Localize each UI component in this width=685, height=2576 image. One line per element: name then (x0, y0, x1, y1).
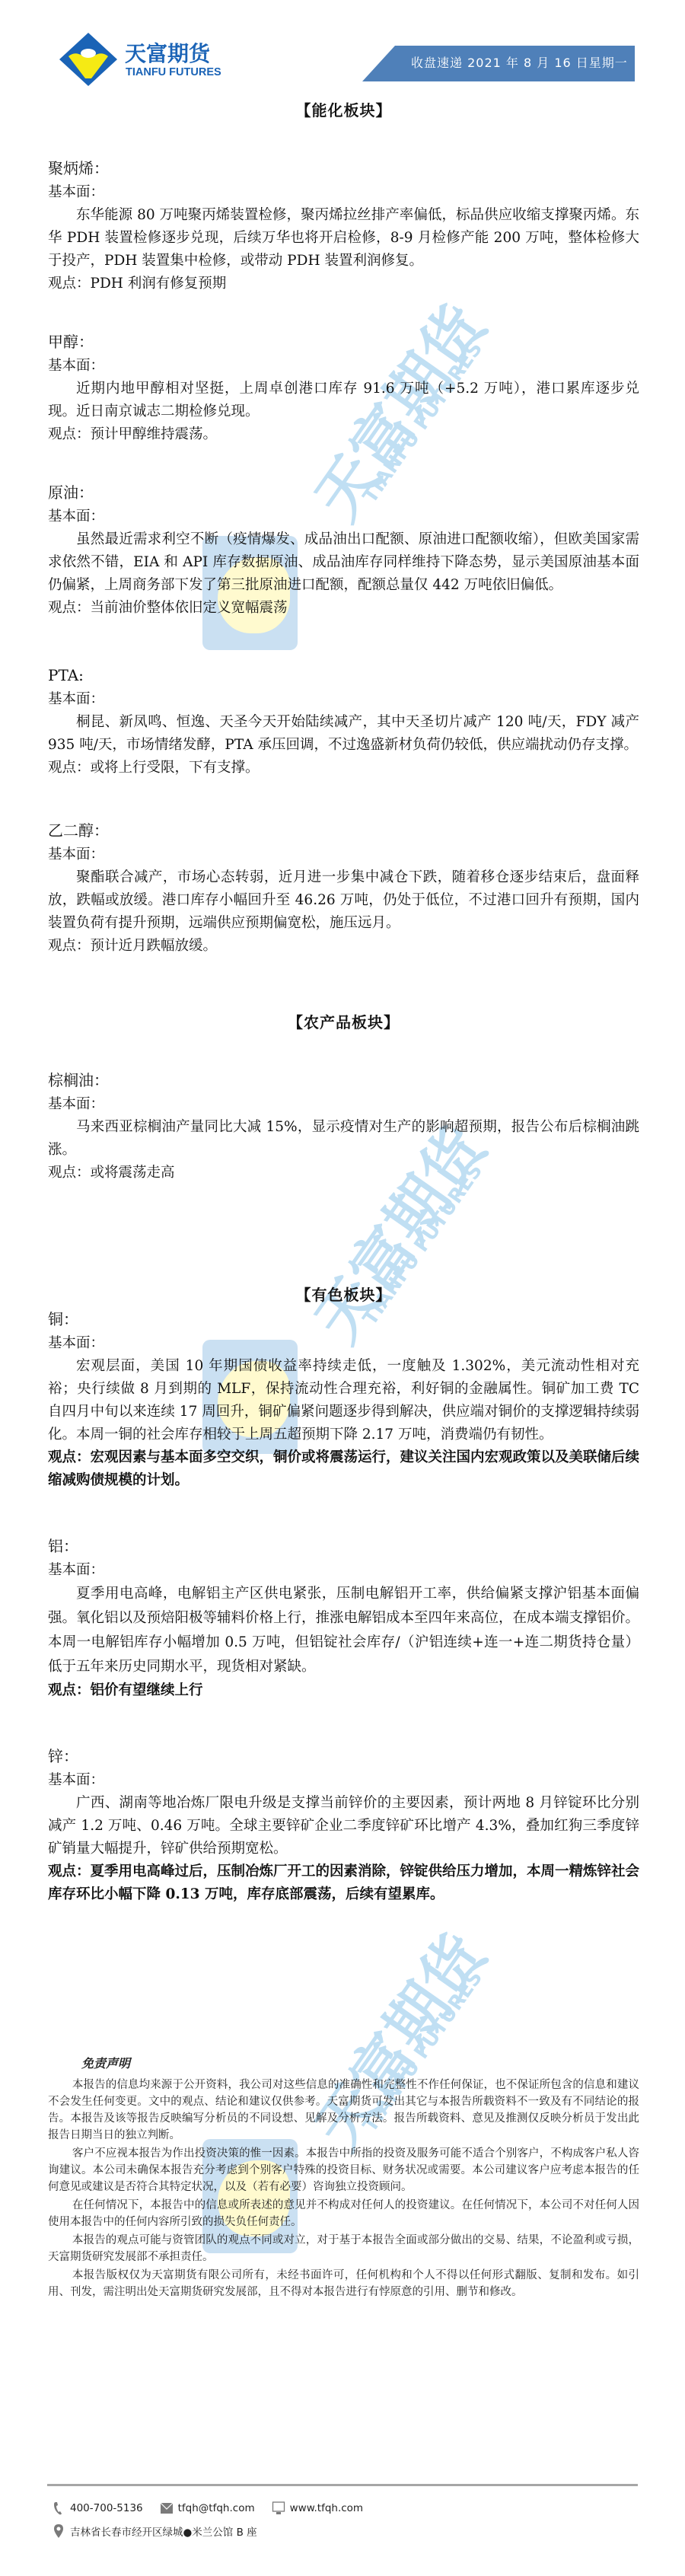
outlook-text: 观点：当前油价整体依旧定义宽幅震荡 (48, 597, 639, 620)
fundamentals-label: 基本面： (48, 181, 639, 204)
item-aluminum: 铝： 基本面： 夏季用电高峰，电解铝主产区供电紧张，压制电解铝开工率，供给偏紧支… (48, 1533, 639, 1702)
item-name: 乙二醇： (48, 818, 639, 843)
disclaimer-paragraph: 本报告的观点可能与资管团队的观点不同或对立，对于基于本报告全面或部分做出的交易、… (48, 2232, 639, 2265)
outlook-text: 观点：夏季用电高峰过后，压制冶炼厂开工的因素消除，锌锭供给压力增加，本周一精炼锌… (48, 1860, 639, 1906)
item-methanol: 甲醇： 基本面： 近期内地甲醇相对坚挺，上周卓创港口库存 91.6 万吨（+5.… (48, 329, 639, 446)
item-copper: 铜： 基本面： 宏观层面，美国 10 年期国债收益率持续走低，一度触及 1.30… (48, 1306, 639, 1492)
item-palm-oil: 棕榈油： 基本面： 马来西亚棕榈油产量同比大减 15%，显示疫情对生产的影响超预… (48, 1067, 639, 1184)
fundamentals-text: 宏观层面，美国 10 年期国债收益率持续走低，一度触及 1.302%，美元流动性… (48, 1355, 639, 1446)
fundamentals-label: 基本面： (48, 1769, 639, 1792)
fundamentals-text: 广西、湖南等地冶炼厂限电升级是支撑当前锌价的主要因素，预计两地 8 月锌锭环比分… (48, 1792, 639, 1860)
outlook-text: 观点：PDH 利润有修复预期 (48, 273, 639, 295)
logo-english-name: TIANFU FUTURES (126, 66, 221, 78)
fundamentals-label: 基本面： (48, 1332, 639, 1355)
outlook-text: 观点：预计甲醇维持震荡。 (48, 423, 639, 446)
logo-chinese-name: 天富期货 (125, 37, 210, 68)
contact-footer: 400-700-5136 tfqh@tfqh.com www.tfqh.com … (52, 2497, 630, 2543)
company-logo: 天富期货 TIANFU FUTURES (59, 33, 234, 86)
fundamentals-text: 聚酯联合减产，市场心态转弱，近月进一步集中减仓下跌，随着移仓逐步结束后，盘面释放… (48, 866, 639, 935)
mail-icon (160, 2501, 174, 2516)
disclaimer-paragraph: 本报告版权仅为天富期货有限公司所有，未经书面许可，任何机构和个人不得以任何形式翻… (48, 2267, 639, 2300)
item-pta: PTA: 基本面： 桐昆、新凤鸣、恒逸、天圣今天开始陆续减产，其中天圣切片减产 … (48, 662, 639, 779)
fundamentals-text: 桐昆、新凤鸣、恒逸、天圣今天开始陆续减产，其中天圣切片减产 120 吨/天，FD… (48, 711, 639, 757)
section-title: 【有色板块】 (48, 1283, 639, 1306)
fundamentals-label: 基本面： (48, 1559, 639, 1582)
section-agriculture: 【农产品板块】 棕榈油： 基本面： 马来西亚棕榈油产量同比大减 15%，显示疫情… (48, 1011, 639, 1184)
phone-number: 400-700-5136 (70, 2502, 143, 2514)
disclaimer-paragraph: 客户不应视本报告为作出投资决策的惟一因素。本报告中所指的投资及服务可能不适合个别… (48, 2145, 639, 2195)
disclaimer-paragraph: 本报告的信息均来源于公开资料，我公司对这些信息的准确性和完整性不作任何保证，也不… (48, 2077, 639, 2144)
section-energy-chemicals: 【能化板块】 聚炳烯： 基本面： 东华能源 80 万吨聚丙烯装置检修，聚丙烯拉丝… (48, 99, 639, 958)
monitor-icon (272, 2501, 285, 2516)
disclaimer-paragraph: 在任何情况下，本报告中的信息或所表述的意见并不构成对任何人的投资建议。在任何情况… (48, 2197, 639, 2230)
fundamentals-label: 基本面： (48, 843, 639, 866)
item-name: 铜： (48, 1306, 639, 1332)
fundamentals-text: 近期内地甲醇相对坚挺，上周卓创港口库存 91.6 万吨（+5.2 万吨），港口累… (48, 378, 639, 423)
item-crude-oil: 原油： 基本面： 虽然最近需求利空不断（疫情爆发、成品油出口配额、原油进口配额收… (48, 480, 639, 620)
tianfu-logo-icon (59, 33, 117, 86)
footer-email[interactable]: tfqh@tfqh.com (160, 2501, 255, 2516)
item-name: 聚炳烯： (48, 155, 639, 181)
report-date: 收盘速递 2021 年 8 月 16 日星期一 (411, 52, 639, 75)
disclaimer: 免责声明 本报告的信息均来源于公开资料，我公司对这些信息的准确性和完整性不作任何… (48, 2052, 639, 2300)
item-name: 原油： (48, 480, 639, 505)
section-title: 【农产品板块】 (48, 1011, 639, 1034)
item-name: 棕榈油： (48, 1067, 639, 1093)
footer-divider (47, 2484, 638, 2486)
report-body: 【能化板块】 聚炳烯： 基本面： 东华能源 80 万吨聚丙烯装置检修，聚丙烯拉丝… (48, 99, 639, 1906)
outlook-text: 观点：宏观因素与基本面多空交织，铜价或将震荡运行，建议关注国内宏观政策以及美联储… (48, 1446, 639, 1492)
disclaimer-title: 免责声明 (81, 2052, 639, 2075)
email-address[interactable]: tfqh@tfqh.com (178, 2502, 255, 2514)
fundamentals-text: 马来西亚棕榈油产量同比大减 15%，显示疫情对生产的影响超预期，报告公布后棕榈油… (48, 1116, 639, 1162)
footer-phone: 400-700-5136 (52, 2501, 143, 2516)
location-pin-icon (52, 2523, 65, 2539)
item-name: 锌： (48, 1743, 639, 1769)
fundamentals-label: 基本面： (48, 505, 639, 528)
footer-website[interactable]: www.tfqh.com (272, 2501, 363, 2516)
item-name: 铝： (48, 1533, 639, 1559)
fundamentals-label: 基本面： (48, 688, 639, 711)
item-zinc: 锌： 基本面： 广西、湖南等地冶炼厂限电升级是支撑当前锌价的主要因素，预计两地 … (48, 1743, 639, 1906)
item-name: PTA: (48, 662, 639, 688)
item-ethylene-glycol: 乙二醇： 基本面： 聚酯联合减产，市场心态转弱，近月进一步集中减仓下跌，随着移仓… (48, 818, 639, 958)
outlook-text: 观点：或将上行受限，下有支撑。 (48, 757, 639, 779)
fundamentals-text: 夏季用电高峰，电解铝主产区供电紧张，压制电解铝开工率，供给偏紧支撑沪铝基本面偏强… (48, 1582, 639, 1679)
item-polypropylene: 聚炳烯： 基本面： 东华能源 80 万吨聚丙烯装置检修，聚丙烯拉丝排产率偏低，标… (48, 155, 639, 295)
fundamentals-label: 基本面： (48, 355, 639, 378)
fundamentals-text: 东华能源 80 万吨聚丙烯装置检修，聚丙烯拉丝排产率偏低，标品供应收缩支撑聚丙烯… (48, 204, 639, 273)
item-name: 甲醇： (48, 329, 639, 355)
address-text: 吉林省长春市经开区绿城●米兰公馆 B 座 (70, 2523, 257, 2539)
phone-icon (52, 2501, 65, 2516)
fundamentals-text: 虽然最近需求利空不断（疫情爆发、成品油出口配额、原油进口配额收缩），但欧美国家需… (48, 528, 639, 597)
report-header: 天富期货 TIANFU FUTURES 收盘速递 2021 年 8 月 16 日… (0, 0, 685, 107)
section-nonferrous: 【有色板块】 铜： 基本面： 宏观层面，美国 10 年期国债收益率持续走低，一度… (48, 1283, 639, 1906)
outlook-text: 观点：预计近月跌幅放缓。 (48, 935, 639, 958)
outlook-text: 观点：或将震荡走高 (48, 1162, 639, 1184)
website-link[interactable]: www.tfqh.com (290, 2502, 363, 2514)
fundamentals-label: 基本面： (48, 1093, 639, 1116)
outlook-text: 观点：铝价有望继续上行 (48, 1679, 639, 1702)
section-title: 【能化板块】 (48, 99, 639, 122)
footer-address: 吉林省长春市经开区绿城●米兰公馆 B 座 (52, 2523, 257, 2539)
